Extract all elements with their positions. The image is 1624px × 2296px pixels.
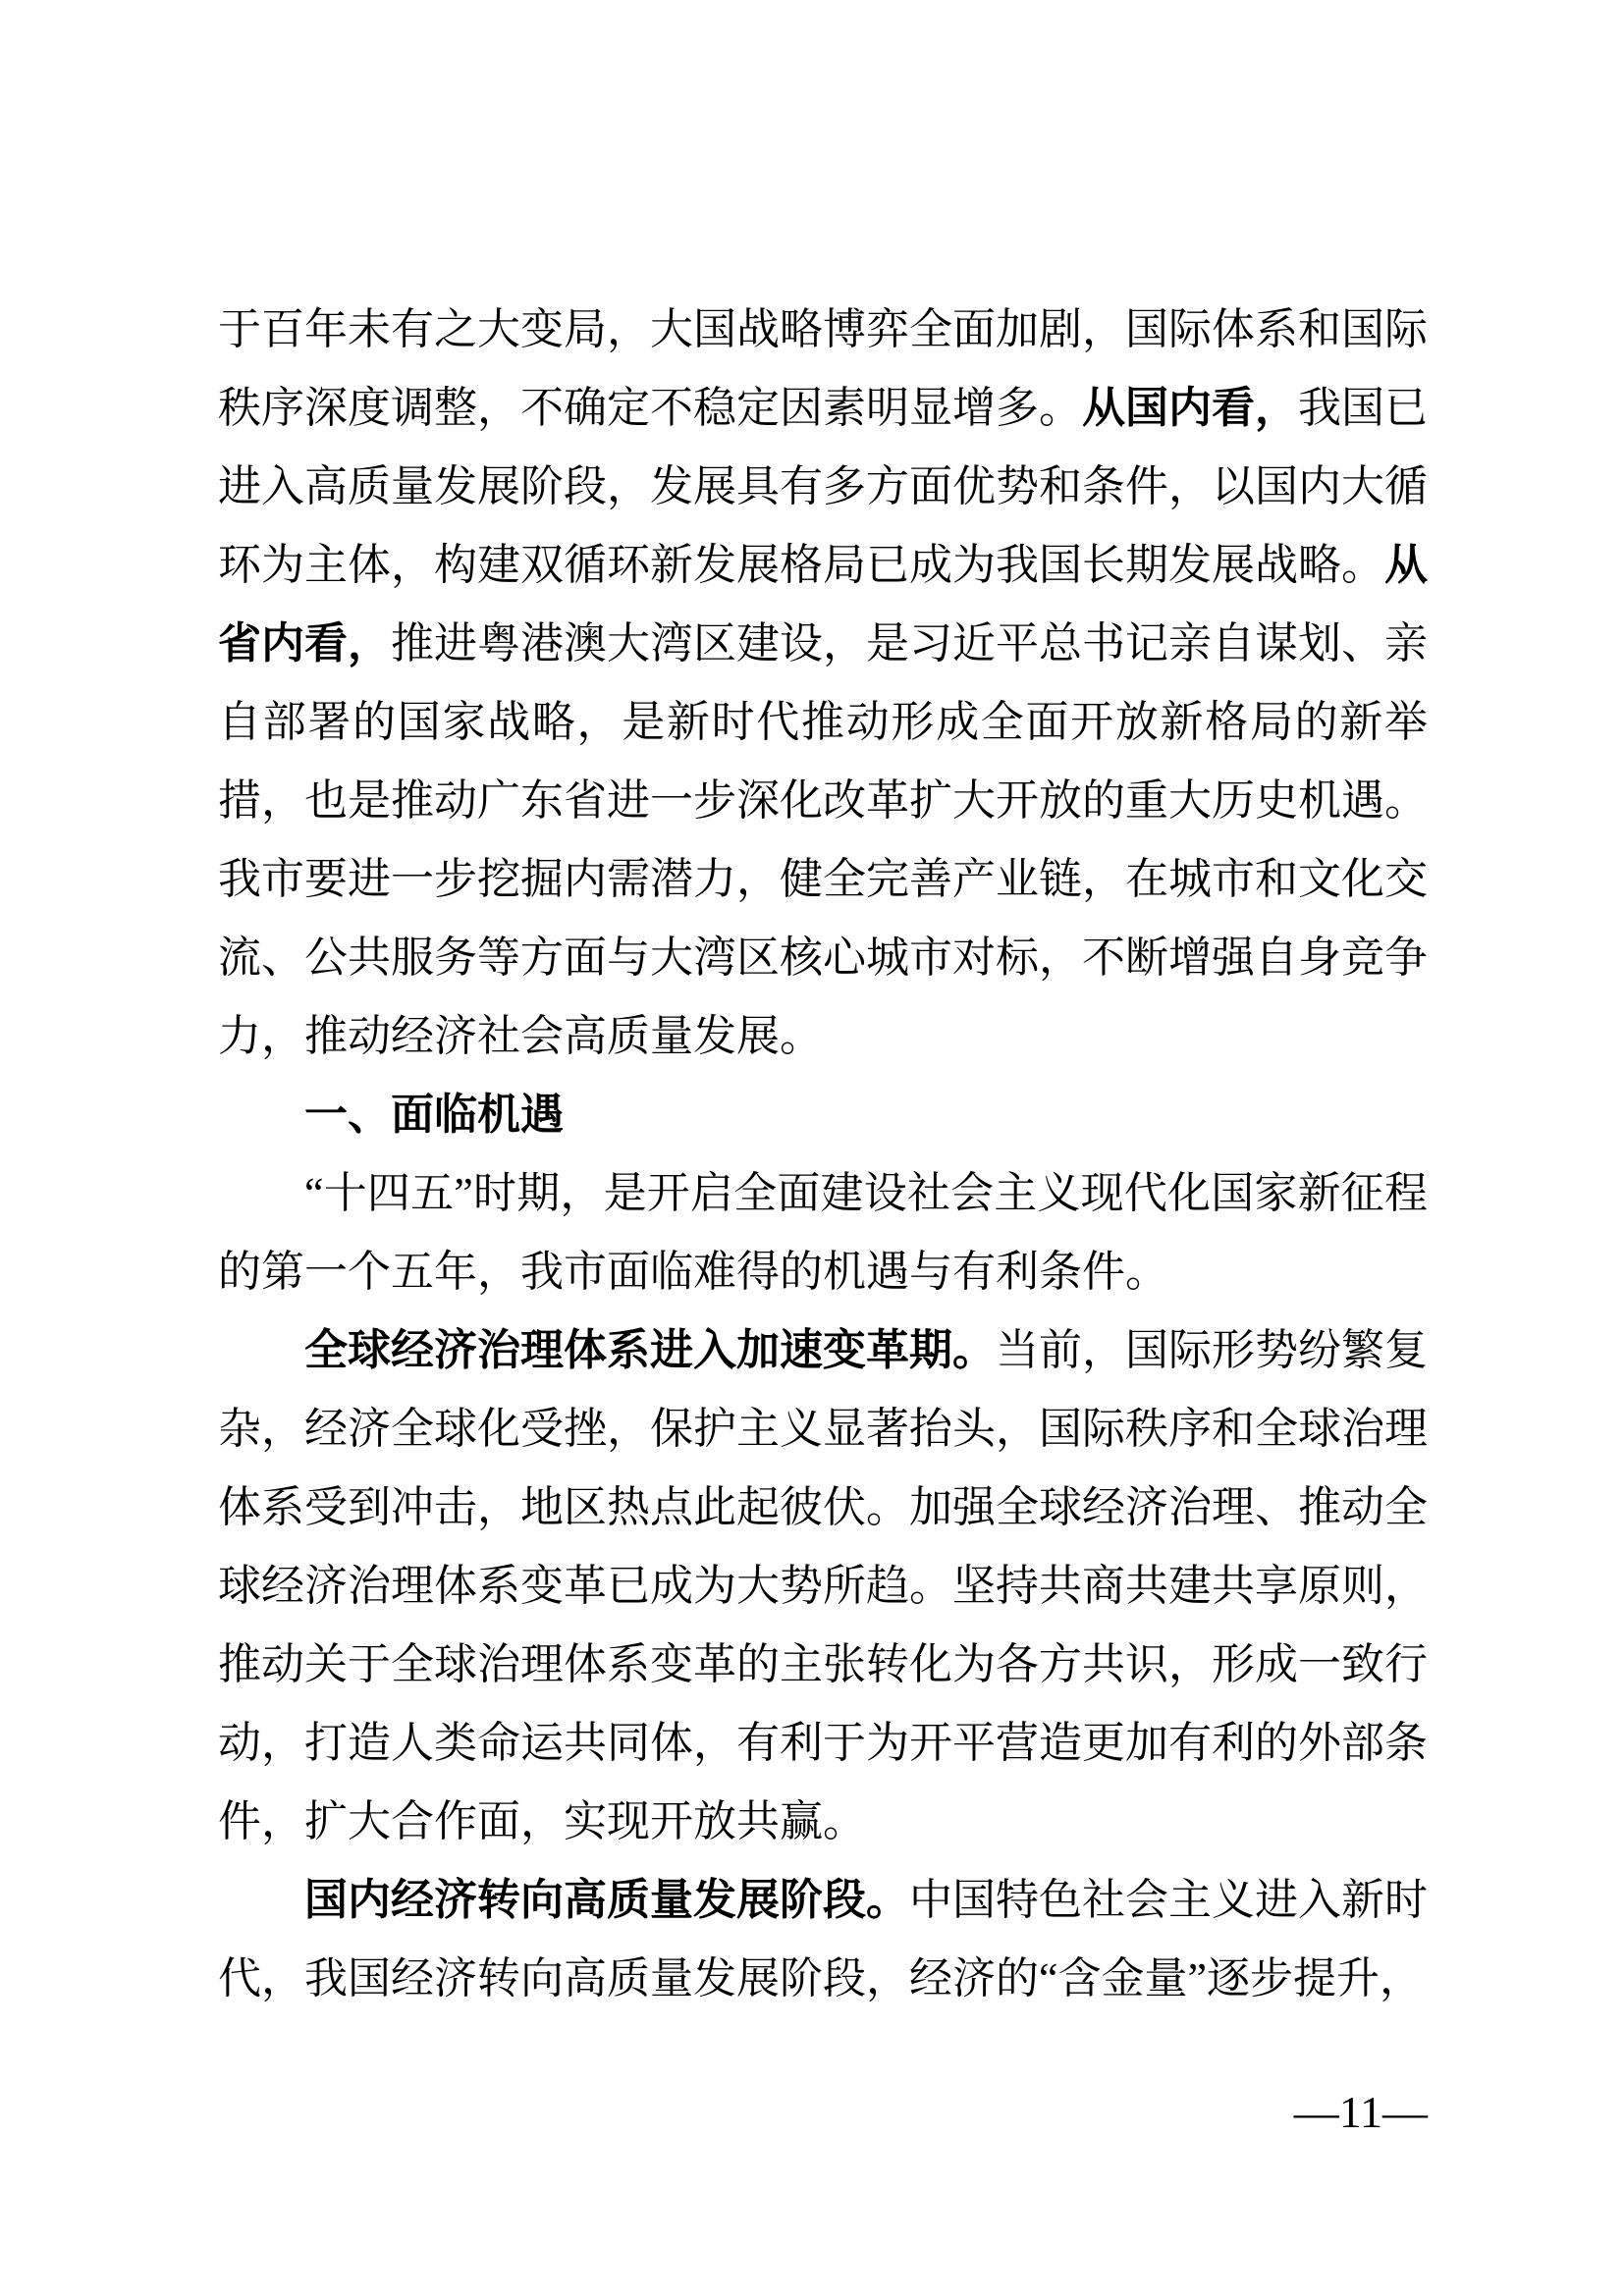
emphasis-run: 国内经济转向高质量发展阶段。 xyxy=(304,1876,909,1924)
text-run: “十四五”时期，是开启全面建设社会主义现代化国家新征程的第一个五年，我市面临难得… xyxy=(218,1169,1428,1296)
document-body: 于百年未有之大变局，大国战略博弈全面加剧，国际体系和国际秩序深度调整，不确定不稳… xyxy=(218,291,1428,2018)
section-heading: 一、面临机遇 xyxy=(218,1076,1428,1154)
text-run: 推进粤港澳大湾区建设，是习近平总书记亲自谋划、亲自部署的国家战略，是新时代推动形… xyxy=(218,619,1428,1060)
emphasis-run: 全球经济治理体系进入加速变革期。 xyxy=(304,1326,996,1374)
emphasis-run: 一、面临机遇 xyxy=(304,1091,564,1139)
paragraph: “十四五”时期，是开启全面建设社会主义现代化国家新征程的第一个五年，我市面临难得… xyxy=(218,1154,1428,1311)
text-run: 当前，国际形势纷繁复杂，经济全球化受挫，保护主义显著抬头，国际秩序和全球治理体系… xyxy=(218,1326,1428,1845)
emphasis-run: 从国内看， xyxy=(1082,384,1298,432)
document-page: 于百年未有之大变局，大国战略博弈全面加剧，国际体系和国际秩序深度调整，不确定不稳… xyxy=(0,0,1624,2296)
page-number: —11— xyxy=(218,2087,1428,2138)
paragraph: 全球经济治理体系进入加速变革期。当前，国际形势纷繁复杂，经济全球化受挫，保护主义… xyxy=(218,1311,1428,1861)
paragraph: 国内经济转向高质量发展阶段。中国特色社会主义进入新时代，我国经济转向高质量发展阶… xyxy=(218,1861,1428,2018)
paragraph: 于百年未有之大变局，大国战略博弈全面加剧，国际体系和国际秩序深度调整，不确定不稳… xyxy=(218,291,1428,1076)
